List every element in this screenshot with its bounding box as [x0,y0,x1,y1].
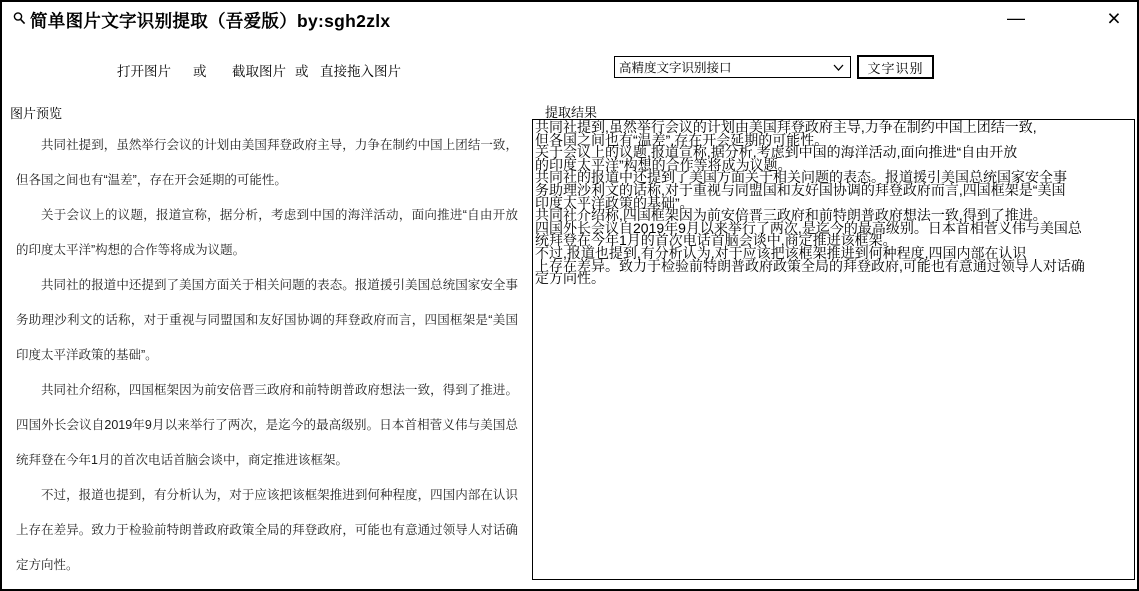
minimize-button[interactable]: — [1001,2,1031,35]
window-title: 简单图片文字识别提取（吾爱版）by:sgh2zlx [30,8,390,33]
image-preview[interactable]: 共同社提到，虽然举行会议的计划由美国拜登政府主导，力争在制约中国上团结一致，但各… [16,128,518,583]
image-preview-label: 图片预览 [10,103,62,122]
or-separator-text: 或 [295,60,309,80]
capture-image-button[interactable]: 截取图片 [232,60,286,80]
app-window: 简单图片文字识别提取（吾爱版）by:sgh2zlx — × 打开图片 或 截取图… [0,0,1139,591]
preview-paragraph: 共同社介绍称，四国框架因为前安倍晋三政府和前特朗普政府想法一致，得到了推进。四国… [16,373,518,478]
result-textbox[interactable]: 共同社提到,虽然举行会议的计划由美国拜登政府主导,力争在制约中国上团结一致, 但… [532,119,1135,580]
ocr-api-select[interactable]: 高精度文字识别接口 [614,56,851,78]
open-image-button[interactable]: 打开图片 [117,60,171,80]
preview-paragraph: 关于会议上的议题，报道宣称，据分析，考虑到中国的海洋活动，面向推进“自由开放的印… [16,198,518,268]
close-button[interactable]: × [1099,2,1129,35]
magnifier-icon [12,11,27,26]
or-separator-text: 或 [193,60,207,80]
preview-paragraph: 不过，报道也提到，有分析认为，对于应该把该框架推进到何种程度，四国内部在认识上存… [16,478,518,583]
chevron-down-icon [832,61,845,74]
preview-paragraph: 共同社的报道中还提到了美国方面关于相关问题的表态。报道援引美国总统国家安全事务助… [16,268,518,373]
preview-paragraph: 共同社提到，虽然举行会议的计划由美国拜登政府主导，力争在制约中国上团结一致，但各… [16,128,518,198]
drag-in-image-label: 直接拖入图片 [320,60,401,80]
recognize-text-button[interactable]: 文字识别 [857,55,934,79]
title-bar[interactable]: 简单图片文字识别提取（吾爱版）by:sgh2zlx — × [2,2,1137,36]
ocr-api-select-value: 高精度文字识别接口 [619,58,732,76]
